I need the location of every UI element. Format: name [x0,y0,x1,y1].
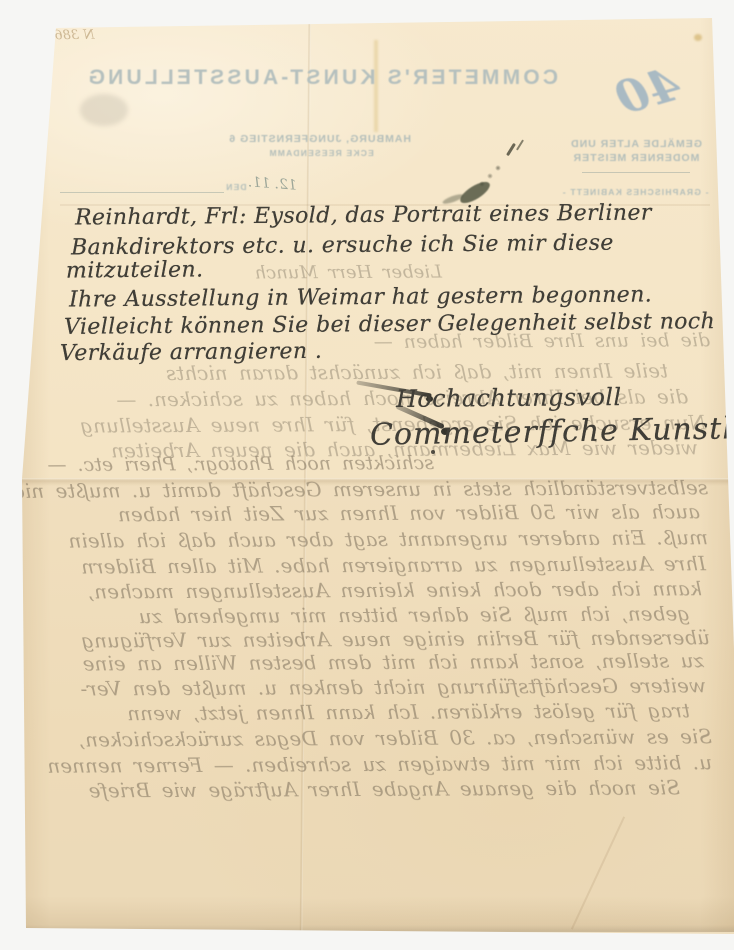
ghost-lower-line-13: u. bitte ich mir mit etwaigen zu schreib… [40,750,712,778]
letterhead-date-label: DEN [225,182,247,192]
letterhead-right-line2: MODERNER MEISTER [566,152,706,166]
ghost-lower-line-10: weitere Geschäftsführung nicht denken u.… [40,673,706,700]
ink-line-2: Bankdirektors etc. u. ersuche ich Sie mi… [71,231,614,261]
crease-diagonal-bottom-right [571,816,625,929]
paper-edge-shading-bottom [20,896,734,932]
ink-line-3: mitzuteilen. [66,257,204,283]
ghost-lower-line-4: muß. Ein anderer ungenannt sagt aber auc… [40,525,708,552]
ghost-lower-line-7: geben, ich muß Sie daher bitten mir umge… [40,601,690,628]
ghost-lower-line-12: Sie es wünschen, ca. 30 Bilder von Degas… [40,724,712,752]
ghost-salutation: Lieber Herr Munch [262,262,442,284]
letterhead-right-line3: - GRAPHISCHES KABINETT - [560,186,710,200]
ghost-lower-line-1: schickten noch Photogr., Pheri etc. — [56,452,434,476]
closing-formula: Hochachtungsvoll [396,383,622,413]
pencil-inventory-number: N 3861 [46,28,95,44]
stain-gray-smudge [80,94,128,126]
letterhead-date-rule [60,192,224,193]
ink-smudge-tick [506,143,516,156]
signature: Commeterffche Kunsthdlg [370,410,734,452]
ink-line-4: Ihre Ausstellung in Weimar hat gestern b… [69,282,652,312]
catalog-number-40: 40 [610,56,686,126]
ghost-lower-line-6: kann ich aber doch keine kleinen Ausstel… [40,576,702,603]
ghost-lower-line-14: Sie noch die genaue Angabe Ihrer Aufträg… [40,775,680,802]
ink-smudge-speckles [478,164,508,188]
letterhead-right-line1: GEMÄLDE ALTER UND [566,138,706,152]
ghost-lower-line-2: selbstverständlich stets in unserem Gesc… [40,475,708,502]
ghost-lower-line-3: auch als wir 50 Bilder von Ihnen zur Zei… [40,499,700,526]
ink-smudge-tick2 [516,139,524,150]
scan-background: N 3861 COMMETER'S KUNST-AUSSTELLUNG 40 H… [0,0,734,950]
ink-line-6: Verkäufe arrangieren . [60,339,322,366]
ghost-lower-line-9: zu stellen, sonst kann ich mit dem beste… [40,648,704,675]
letterhead-address-line2: ECKE REESENDAMM [231,148,411,158]
ink-line-1: Reinhardt, Frl: Eysold, das Portrait ein… [75,200,652,230]
letterhead-title-mirrored: COMMETER'S KUNST-AUSSTELLUNG [104,66,558,90]
letterhead-right-rule [582,172,690,173]
letterhead-address-line1: HAMBURG, JUNGFERNSTIEG 6 [231,133,411,145]
ghost-lower-line-5: Ihre Ausstellungen zu arrangieren habe. … [40,551,706,578]
ghost-lower-line-11: trag für gelöst erklären. Ich kann Ihnen… [40,698,690,725]
stain-brown-dot [694,34,702,41]
letterhead-date-handwritten: 12. 11. [248,174,298,193]
letter-paper: N 3861 COMMETER'S KUNST-AUSSTELLUNG 40 H… [0,0,734,950]
